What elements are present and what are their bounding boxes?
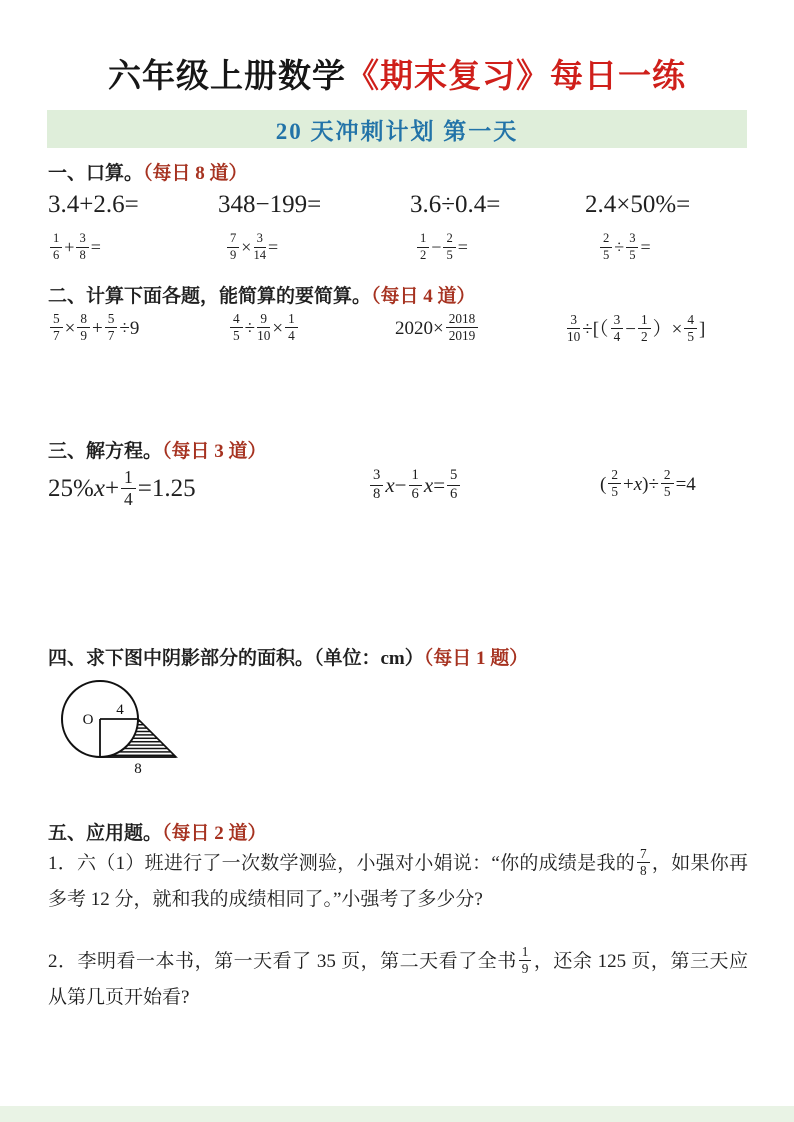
fraction: 78	[637, 847, 650, 879]
fraction: 25	[443, 232, 455, 262]
fraction: 310	[567, 313, 580, 345]
fraction: 35	[626, 232, 638, 262]
section-oral-heading: 一、口算。（每日 8 道）	[48, 158, 248, 185]
fraction: 12	[638, 313, 651, 345]
worksheet-page: 六年级上册数学《期末复习》每日一练 20 天冲刺计划 第一天 一、口算。（每日 …	[0, 0, 794, 1122]
section-word-daily-badge: （每日 2 道）	[162, 823, 267, 844]
section-equations-daily-badge: （每日 3 道）	[162, 441, 267, 462]
section-geometry-heading: 四、求下图中阴影部分的面积。（单位：cm）（每日 1 题）	[48, 643, 528, 670]
section-oral-label: 一、口算。	[48, 163, 143, 184]
oral-problem-5: 16+38=	[48, 234, 101, 264]
section-word-heading: 五、应用题。（每日 2 道）	[48, 818, 267, 845]
fraction: 57	[105, 312, 118, 344]
section-word-label: 五、应用题。	[48, 823, 162, 844]
calc-problem-2: 45÷910×14	[228, 314, 300, 346]
page-title: 六年级上册数学《期末复习》每日一练	[0, 50, 794, 97]
section-calc-daily-badge: （每日 4 道）	[371, 286, 476, 307]
fraction: 20182019	[446, 312, 479, 344]
section-geometry-daily-badge: （每日 1 题）	[424, 648, 529, 669]
fraction: 16	[409, 468, 422, 503]
fraction: 89	[77, 312, 90, 344]
fraction: 25	[600, 232, 612, 262]
fraction: 38	[76, 232, 88, 262]
fraction: 79	[227, 232, 239, 262]
fraction: 14	[285, 312, 298, 344]
oral-problem-2: 348−199=	[218, 191, 321, 219]
page-title-red: 《期末复习》每日一练	[346, 59, 686, 95]
equation-3: (25+x)÷25=4	[600, 470, 696, 502]
fraction: 25	[608, 468, 621, 500]
geometry-figure: O 4 8	[50, 672, 200, 795]
word-problem-2: 2．李明看一本书，第一天看了 35 页，第二天看了全书19，还余 125 页，第…	[48, 944, 748, 1016]
section-calc-heading: 二、计算下面各题，能简算的要简算。（每日 4 道）	[48, 281, 476, 308]
oral-problem-6: 79×314=	[225, 234, 278, 264]
fraction: 57	[50, 312, 63, 344]
fraction: 16	[50, 232, 62, 262]
plan-banner: 20 天冲刺计划 第一天	[47, 110, 747, 148]
fraction: 910	[257, 312, 270, 344]
oral-problem-7: 12−25=	[415, 234, 468, 264]
fraction: 19	[519, 945, 532, 977]
section-equations-heading: 三、解方程。（每日 3 道）	[48, 436, 267, 463]
calc-problem-4: 310÷[（34−12）×45]	[565, 314, 705, 347]
calc-problem-3: 2020×20182019	[395, 314, 480, 346]
calc-problem-1: 57×89+57÷9	[48, 314, 139, 346]
fraction: 12	[417, 232, 429, 262]
fraction: 56	[447, 468, 460, 503]
bottom-green-bar	[0, 1106, 794, 1122]
oral-problem-1: 3.4+2.6=	[48, 191, 139, 219]
oral-problem-8: 25÷35=	[598, 234, 651, 264]
base-label: 8	[134, 761, 142, 777]
radius-label: 4	[116, 702, 124, 718]
fraction: 45	[230, 312, 243, 344]
word-problem-1: 1．六（1）班进行了一次数学测验，小强对小娟说：“你的成绩是我的78，如果你再多…	[48, 846, 748, 918]
fraction: 45	[684, 313, 697, 345]
section-oral-daily-badge: （每日 8 道）	[143, 163, 248, 184]
oral-problem-3: 3.6÷0.4=	[410, 191, 500, 219]
fraction: 14	[121, 468, 136, 509]
fraction: 38	[370, 468, 383, 503]
section-equations-label: 三、解方程。	[48, 441, 162, 462]
equation-1: 25%x+14=1.25	[48, 470, 196, 511]
plan-banner-text: 20 天冲刺计划 第一天	[276, 113, 519, 146]
fraction: 314	[253, 232, 266, 262]
fraction: 25	[661, 468, 674, 500]
equation-2: 38x−16x=56	[368, 470, 462, 505]
section-calc-label: 二、计算下面各题，能简算的要简算。	[48, 286, 371, 307]
page-title-black: 六年级上册数学	[108, 59, 346, 95]
circle-triangle-diagram: O 4 8	[50, 672, 200, 790]
oral-problem-4: 2.4×50%=	[585, 191, 690, 219]
fraction: 34	[611, 313, 624, 345]
section-geometry-label: 四、求下图中阴影部分的面积。（单位：cm）	[48, 648, 424, 669]
center-label: O	[83, 712, 94, 728]
